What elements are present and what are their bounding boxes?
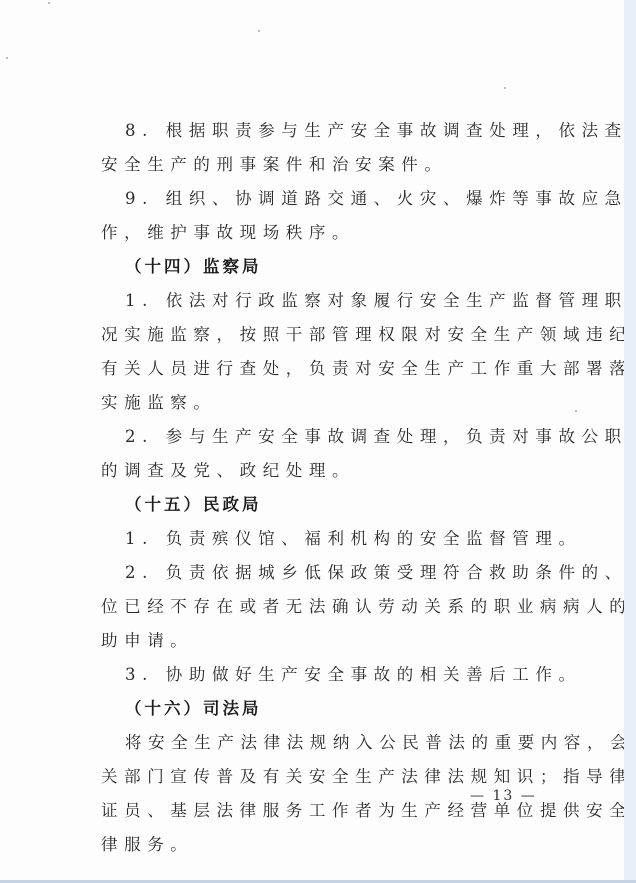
text-line: 9. 组织、协调道路交通、火灾、爆炸等事故应急救援工: [125, 189, 565, 209]
section-heading-justice-bureau: （十六）司法局: [125, 699, 565, 719]
text-line: 证员、基层法律服务工作者为生产经营单位提供安全生产法: [101, 801, 541, 821]
text-line: 位已经不存在或者无法确认劳动关系的职业病病人的生活救: [101, 597, 541, 617]
scan-speck: [504, 87, 506, 89]
document-page: 8. 根据职责参与生产安全事故调查处理，依法查处涉及 安全生产的刑事案件和治安案…: [0, 0, 624, 880]
scan-speck: [48, 2, 50, 4]
text-line: 将安全生产法律法规纳入公民普法的重要内容，会同有: [125, 733, 565, 753]
text-line: 关部门宣传普及有关安全生产法律法规知识；指导律师、公: [101, 767, 541, 787]
text-line: 8. 根据职责参与生产安全事故调查处理，依法查处涉及: [125, 121, 565, 141]
text-line: 1. 依法对行政监察对象履行安全生产监督管理职责的情: [125, 291, 565, 311]
viewer-scrollbar-track[interactable]: [624, 0, 636, 880]
text-line: 况实施监察，按照干部管理权限对安全生产领域违纪行为及: [101, 325, 541, 345]
text-line: 3. 协助做好生产安全事故的相关善后工作。: [125, 665, 565, 685]
text-line: 有关人员进行查处，负责对安全生产工作重大部署落实情况: [101, 359, 541, 379]
text-line: 律服务。: [101, 835, 541, 855]
text-line: 助申请。: [101, 631, 541, 651]
text-line: 安全生产的刑事案件和治安案件。: [101, 155, 541, 175]
page-number: — 13 —: [470, 788, 537, 804]
text-line: 作，维护事故现场秩序。: [101, 223, 541, 243]
text-line: 实施监察。: [101, 393, 541, 413]
text-line: 2. 负责依据城乡低保政策受理符合救助条件的、用人单: [125, 563, 565, 583]
scan-speck: [575, 410, 577, 412]
scan-speck: [6, 57, 8, 59]
section-heading-civil-affairs-bureau: （十五）民政局: [125, 495, 565, 515]
text-line: 1. 负责殡仪馆、福利机构的安全监督管理。: [125, 529, 565, 549]
scan-speck: [258, 30, 260, 32]
text-line: 的调查及党、政纪处理。: [101, 461, 541, 481]
text-line: 2. 参与生产安全事故调查处理，负责对事故公职责任人: [125, 427, 565, 447]
section-heading-supervision-bureau: （十四）监察局: [125, 257, 565, 277]
